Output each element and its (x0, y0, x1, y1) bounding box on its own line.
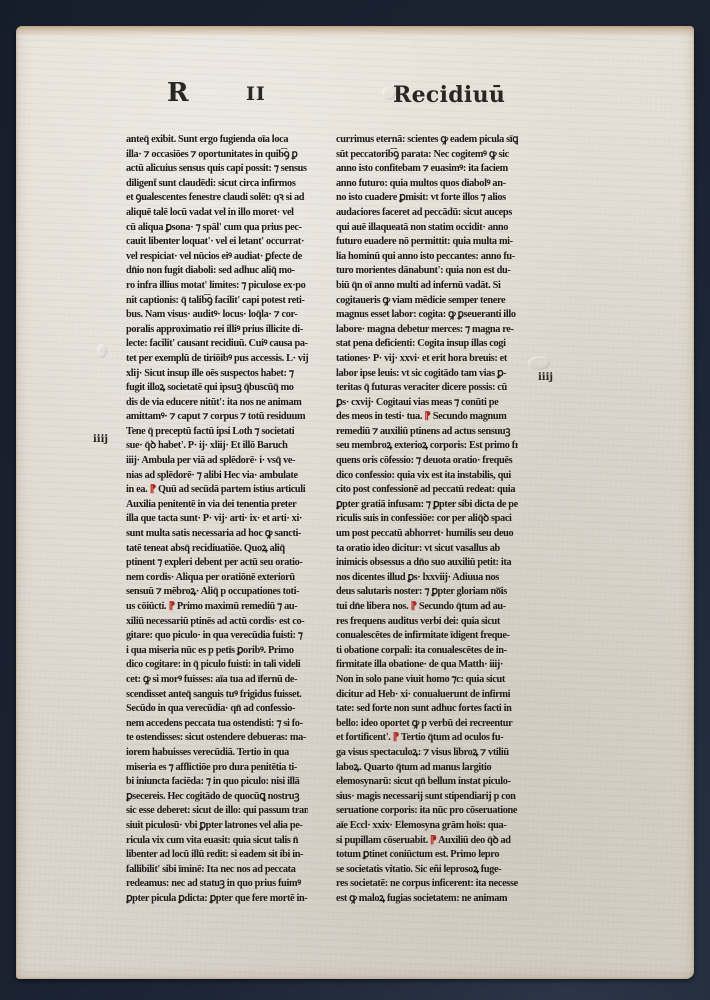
text-line: cū aliqua ꝑsona· ⁊ spāl' cum qua prius p… (126, 221, 308, 236)
text-line: res societatē: ne corpus inficerent: ita… (336, 877, 518, 892)
text-line: gitare: quo piculo· in qua verecūdia fui… (126, 629, 308, 644)
text-line: ꝑs· cxvij· Cogitaui vias meas ⁊ conūti p… (336, 396, 518, 411)
text-line: sūt peccatorib͡ꝯ parata: Nec cogitemꝰ ꝙ … (336, 148, 518, 163)
rubric-paragraph-mark: ⁋ (150, 484, 156, 495)
text-line: labor ipse leuis: vt sic cogitādo tam vi… (336, 367, 518, 382)
text-line: i qua miseria nūc es p petīs ꝑoribꝰ. Pri… (126, 644, 308, 659)
blind-impression-mark (97, 344, 107, 358)
text-line: xiliū necessariū ptinēs ad actū cordis· … (126, 615, 308, 630)
text-line: libenter ad locū illū redit: si eadem si… (126, 848, 308, 863)
text-line: bus. Nam visus· auditꝰ· locus· loq̄la· ⁊… (126, 308, 308, 323)
text-line: ga visus spectaculoꝝ: ⁊ visus libroꝝ ⁊ v… (336, 746, 518, 761)
text-line: Tene q̄ preceptū factū ipsi Loth ⁊ socie… (126, 425, 308, 440)
text-line: et fortificent'. ⁋ Tertio q̄tum ad oculo… (336, 731, 518, 746)
text-line: ta oratio ideo dicitur: vt sicut vasallu… (336, 542, 518, 557)
text-line: aliquē talē locū vadat vel in illo moret… (126, 206, 308, 221)
text-line: cet: ꝙ si morꝰ fuisses: aīa tua ad īfern… (126, 673, 308, 688)
text-line: cogitaueris ꝙ viam mēdicie semper tenere (336, 294, 518, 309)
text-line: stat pena deficienti: Cogita insup illas… (336, 337, 518, 352)
text-line: nem accedens peccata tua ostendisti: ⁊ s… (126, 717, 308, 732)
text-line: biū q̄n oī anno multi ad infernū vadāt. … (336, 279, 518, 294)
text-line: us cōiūcti. ⁋ Primo maximū remediū ⁊ au- (126, 600, 308, 615)
text-line: currimus eternā: scientes ꝙ eadem picula… (336, 133, 518, 148)
text-line: ptinent ⁊ expleri debent per actū seu or… (126, 556, 308, 571)
text-line: anteq̄ exibit. Sunt ergo fugienda oīa lo… (126, 133, 308, 148)
text-line: remediū ⁊ auxiliū ptinens ad actus sensu… (336, 425, 518, 440)
text-line: tatē teneat absq̄ recidiuatiōe. Quoꝝ ali… (126, 542, 308, 557)
text-line: deus salutaris noster: ⁊ ꝑpter gloriam n… (336, 585, 518, 600)
text-line: iiij· Ambula per viā ad splēdorē· i· vsq… (126, 454, 308, 469)
text-line: bi iniuncta faciēda: ⁊ in quo piculo: ni… (126, 775, 308, 790)
text-line: sue· q̄ꝺ habet'. P· ij· xliij· Et illō B… (126, 439, 308, 454)
text-line: illa que tacta sunt· P· vij· arti· ix· e… (126, 512, 308, 527)
text-line: cito post confessionē ad peccatū redeat:… (336, 483, 518, 498)
text-line: laboꝝ. Quarto q̄tum ad manus largitio (336, 761, 518, 776)
text-line: ro infra illius motat' limites: ⁊ piculo… (126, 279, 308, 294)
text-line: anno isto confitebam ⁊ euasimꝰ: ita faci… (336, 162, 518, 177)
text-line: ꝑsecereis. Hec cogitādo de quocūꝗ nostru… (126, 790, 308, 805)
text-line: anno futuro: quia multos quos diabolꝰ an… (336, 177, 518, 192)
text-line: futuro euadere nō permittit: quia multa … (336, 235, 518, 250)
text-line: te ostendisses: sicut ostendere debueras… (126, 731, 308, 746)
text-line: dicitur ad Heb· xi· conualuerunt de infi… (336, 688, 518, 703)
text-line: totum ꝑtinet coniūctum est. Primo lepro (336, 848, 518, 863)
leaf-edge-foxing (16, 26, 694, 36)
text-line: si pupillam cōseruabit. ⁋ Auxiliū deo q̄… (336, 834, 518, 849)
text-line: ti obatione corpali: ita conualescētes d… (336, 644, 518, 659)
text-line: Secūdo in qua verecūdia· qn̄ ad confessi… (126, 702, 308, 717)
text-line: conualescētes de infirmitate īdigent fre… (336, 629, 518, 644)
text-line: lia hominū qui anno isto peccantes: anno… (336, 250, 518, 265)
text-line: magnus esset labor: cogita: ꝙ ꝑseueranti… (336, 308, 518, 323)
text-line: Non in solo pane viuit homo ⁊c: quia sic… (336, 673, 518, 688)
rubric-paragraph-mark: ⁋ (424, 411, 430, 422)
text-line: inimicis obsessus a dn̄o suo auxiliū pet… (336, 556, 518, 571)
text-line: sensuū ⁊ mēbroꝝ· Aliq̄ p occupationes to… (126, 585, 308, 600)
text-line: tate: sed forte non sunt adhuc fortes fa… (336, 702, 518, 717)
text-line: tationes· P· vij· xxvi· et erit hora bre… (336, 352, 518, 367)
margin-mark-right: iiij (538, 372, 553, 383)
text-line: poralis approximatio rei illiꝰ prius ill… (126, 323, 308, 338)
text-line: quens oris cōfessio: ⁊ deuota oratio· fr… (336, 454, 518, 469)
text-line: amittamꝰ· ⁊ caput ⁊ corpus ⁊ totū residu… (126, 410, 308, 425)
running-head: R II Recidiuū (0, 78, 710, 118)
text-line: nos dicentes illud ꝑs· lxxviij· Adiuua n… (336, 571, 518, 586)
text-line: turo morientes dānabunt': quia non est d… (336, 264, 518, 279)
text-line: et ꝯualescentes fenestre claudi solēt: q… (126, 191, 308, 206)
text-line: se societatis vitatio. Sic eñi leprosoꝝ … (336, 863, 518, 878)
rubric-paragraph-mark: ⁋ (168, 601, 174, 612)
text-line: nias ad splēdorē· ⁊ alibi Hec via· ambul… (126, 469, 308, 484)
text-line: nem cordis· Aliqua per oratiōnē exterior… (126, 571, 308, 586)
text-line: fallibilit' sibi īminē: Ita nec nos ad p… (126, 863, 308, 878)
text-line: miseria es ⁊ afflictiōe pro dura penitēt… (126, 761, 308, 776)
text-line: siuit piculosū· vbi ꝑpter latrones vel a… (126, 819, 308, 834)
text-line: nit captionis: q̄ talib͡ꝯ facilit' capi … (126, 294, 308, 309)
text-line: iorem habuisses verecūdiā. Tertio in qua (126, 746, 308, 761)
text-line: aīe Eccl· xxix· Elemosyna grām hoīs: qua… (336, 819, 518, 834)
text-line: actū alicuius sensus quis capi possit: ⁊… (126, 162, 308, 177)
text-line: ꝑpter picula ꝑdicta: ꝑpter que fere mort… (126, 892, 308, 907)
text-line: xlij· Sicut insup ille oēs suspectos hab… (126, 367, 308, 382)
text-line: lecte: facilit' causant recidiuū. Cuiꝰ c… (126, 337, 308, 352)
blind-impression-mark (528, 356, 550, 370)
text-line: seu membroꝝ exterioꝝ corporis: Est primo… (336, 439, 518, 454)
text-line: tet per exemplū de tiriōibꝰ pus accessis… (126, 352, 308, 367)
text-line: no isto cuadere ꝑmisit: vt forte illos ⁊… (336, 191, 518, 206)
text-line: redeamus: nec ad statuꝫ in quo prius fui… (126, 877, 308, 892)
text-line: audaciores faceret ad peccādū: sicut auc… (336, 206, 518, 221)
text-line: sunt multa satis necessaria ad hoc ꝙ san… (126, 527, 308, 542)
text-line: res frequens auditus verbi dei: quia sic… (336, 615, 518, 630)
text-line: dis de via educere nitūt': ita nos ne an… (126, 396, 308, 411)
text-line: dico cogitare: in q̄ piculo fuisti: in t… (126, 658, 308, 673)
text-line: fugit illoꝝ societatē qui ipsuꝫ q̄buscūq… (126, 381, 308, 396)
text-line: labore· magna debetur merces: ⁊ magna re… (336, 323, 518, 338)
text-column-right: currimus eternā: scientes ꝙ eadem picula… (336, 133, 518, 906)
text-line: scendisset anteq̄ sanguis tuꝰ frigidus f… (126, 688, 308, 703)
text-line: cauit libenter loquat'· vel ei letant' o… (126, 235, 308, 250)
text-line: seruatione corporis: ita nūc pro cōserua… (336, 804, 518, 819)
text-line: des meos in testi· tua. ⁋ Secundo magnum (336, 410, 518, 425)
text-line: bello: ideo oportet ꝙ p verbū dei recree… (336, 717, 518, 732)
running-title: Recidiuū (393, 82, 505, 108)
text-line: teritas q̄ futuras veraciter dicere poss… (336, 381, 518, 396)
rubric-paragraph-mark: ⁋ (430, 835, 436, 846)
text-line: in ea. ⁋ Quū ad secūdā partem istius art… (126, 483, 308, 498)
text-line: sic esse deberet: sicut de illo: qui pas… (126, 804, 308, 819)
text-line: elemosynarū: sicut qn̄ bellum instat pic… (336, 775, 518, 790)
text-line: est ꝙ maloꝝ fugias societatem: ne animam (336, 892, 518, 907)
text-line: dn̄io non fugit diaboli: sed adhuc aliq̄… (126, 264, 308, 279)
rubric-paragraph-mark: ⁋ (393, 732, 399, 743)
text-line: firmitate illa obatione· de qua Matth· i… (336, 658, 518, 673)
text-column-left: anteq̄ exibit. Sunt ergo fugienda oīa lo… (126, 133, 308, 906)
text-line: riculis suis in confessiōe: cor per aliq… (336, 512, 518, 527)
text-line: qui auē illaqueatā non statim occidit· a… (336, 221, 518, 236)
folio-number: II (246, 83, 266, 105)
text-line: vel respiciat· vel nūcios eiꝰ audiat· ꝑf… (126, 250, 308, 265)
text-line: um post peccatū abhorret· humilis seu de… (336, 527, 518, 542)
signature-letter: R (167, 78, 189, 108)
text-line: tui dn̄e libera nos. ⁋ Secundo q̄tum ad … (336, 600, 518, 615)
text-line: dico confessio: quia vix est ita instabi… (336, 469, 518, 484)
text-line: sius· magis necessarij sunt stipendiarij… (336, 790, 518, 805)
text-line: diligent̄ sunt claudēdi: sicut circa inf… (126, 177, 308, 192)
text-line: Auxilia penitentē in via dei tenentia pr… (126, 498, 308, 513)
text-line: illa· ⁊ occasiōes ⁊ oportunitates in qui… (126, 148, 308, 163)
margin-mark-left: iiij (93, 434, 108, 445)
rubric-paragraph-mark: ⁋ (411, 601, 417, 612)
text-line: ꝑpter gratiā infusam: ⁊ ꝑpter sibi dicta… (336, 498, 518, 513)
text-line: ricula vix cum vita euasit: quia sicut t… (126, 834, 308, 849)
